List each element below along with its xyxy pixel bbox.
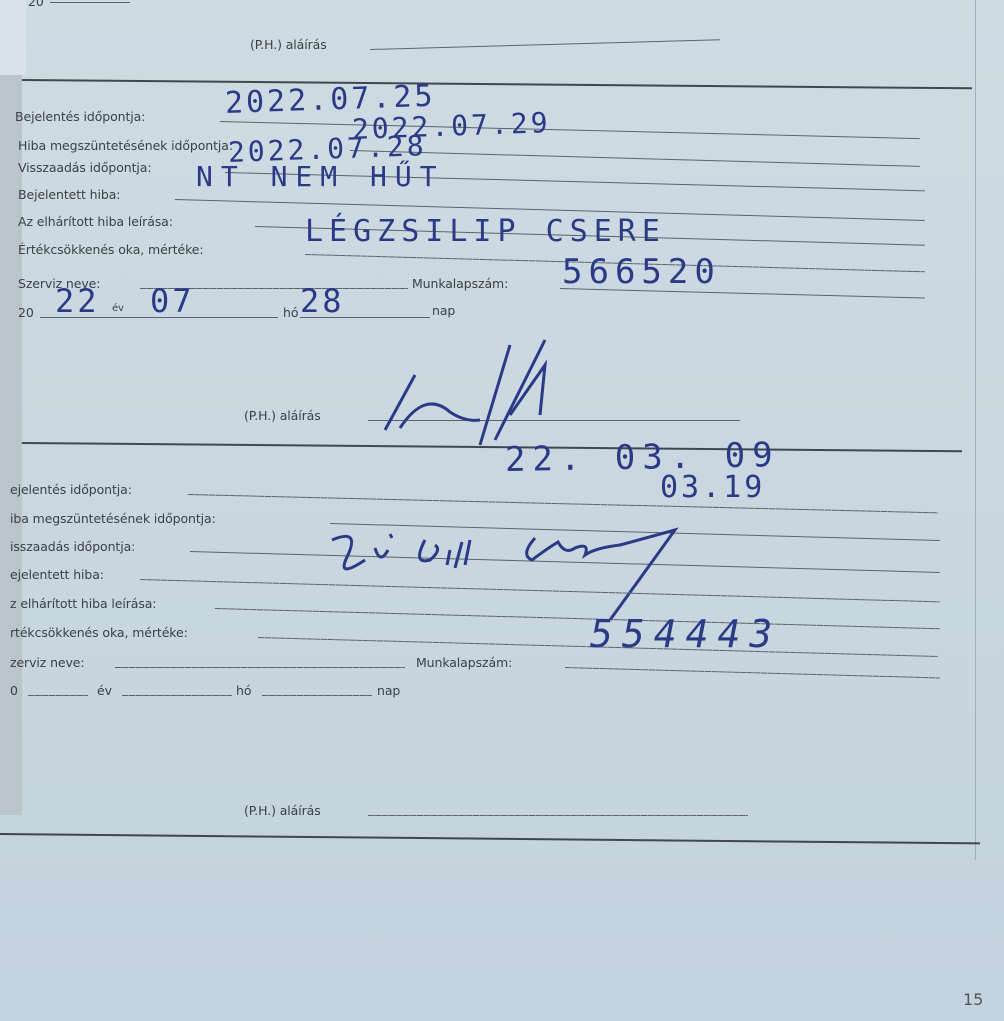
line-reported-time-2 [188, 494, 938, 513]
label-date-prefix-2: 0 [10, 683, 18, 698]
line-worksheet-no-2 [565, 667, 940, 678]
label-date-prefix-1: 20 [18, 305, 34, 320]
label-day-1: nap [432, 303, 455, 318]
top-rule [50, 2, 130, 3]
label-return-time-1: Visszaadás időpontja: [18, 160, 151, 175]
hw-reported-fault-1: NT NEM HŰT [196, 160, 445, 193]
label-depreciation-2: rtékcsökkenés oka, mértéke: [10, 625, 188, 640]
label-reported-time-1: Bejelentés időpontja: [15, 109, 145, 124]
label-fix-time-2: iba megszüntetésének időpontja: [10, 511, 216, 526]
label-worksheet-no-1: Munkalapszám: [412, 276, 508, 291]
binding-edge [0, 75, 22, 815]
label-year-2: év [97, 683, 112, 698]
hw-date-day-1: 28 [300, 282, 345, 320]
form-border-right [975, 0, 976, 860]
line-month-2 [122, 695, 232, 696]
signature-label-1: (P.H.) aláírás [244, 408, 321, 423]
label-year-1: év [112, 303, 124, 314]
hw-depreciation-2: 554443 [590, 612, 781, 656]
signature-line-2 [368, 815, 748, 816]
label-reported-fault-2: ejelentett hiba: [10, 567, 104, 582]
line-service-name-2 [115, 667, 405, 668]
label-fix-time-1: Hiba megszüntetésének időpontja: [18, 138, 233, 153]
label-return-time-2: isszaadás időpontja: [10, 539, 135, 554]
section-separator-1 [22, 79, 972, 89]
line-day-2 [262, 695, 372, 696]
label-reported-fault-1: Bejelentett hiba: [18, 187, 120, 202]
section-separator-3 [0, 833, 980, 844]
label-depreciation-1: Értékcsökkenés oka, mértéke: [18, 242, 204, 257]
label-month-2: hó [236, 683, 251, 698]
signature-label-2: (P.H.) aláírás [244, 803, 321, 818]
label-fixed-fault-desc-1: Az elhárított hiba leírása: [18, 214, 173, 229]
label-month-1: hó [283, 305, 298, 320]
label-fixed-fault-desc-2: z elhárított hiba leírása: [10, 596, 156, 611]
hw-date-year-1: 22 [55, 282, 100, 320]
label-worksheet-no-2: Munkalapszám: [416, 655, 512, 670]
page-edge [0, 0, 26, 75]
label-day-2: nap [377, 683, 400, 698]
hw-worksheet-no-1: 566520 [562, 252, 721, 292]
label-service-name-2: zerviz neve: [10, 655, 85, 670]
label-reported-time-2: ejelentés időpontja: [10, 482, 132, 497]
hw-depreciation-1: LÉGZSILIP CSERE [305, 214, 666, 249]
hw-date-month-1: 07 [150, 282, 195, 320]
line-year-2 [28, 695, 88, 696]
page-number: 15 [963, 990, 983, 1009]
booklet-page: 20 (P.H.) aláírás Bejelentés időpontja: … [0, 0, 1004, 1021]
signature-line-top [370, 39, 720, 50]
hw-fix-time-2: 03.19 [660, 470, 765, 505]
top-date-prefix: 20 [28, 0, 44, 9]
signature-label-top: (P.H.) aláírás [250, 37, 327, 52]
